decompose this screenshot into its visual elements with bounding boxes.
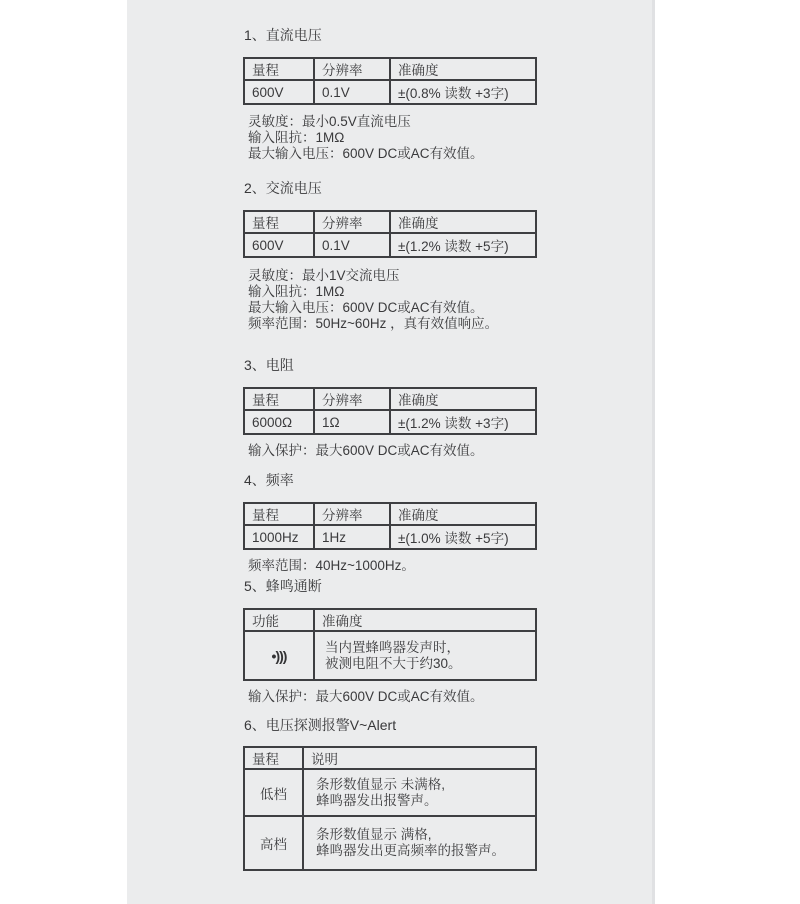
cell-line: 被测电阻不大于约30。 <box>325 656 533 672</box>
cell-line: 当内置蜂鸣器发声时， <box>325 640 533 656</box>
section-title-v-alert: 6、电压探测报警V~Alert <box>244 716 583 734</box>
cell-range: 6000Ω <box>244 410 314 434</box>
dc-voltage-table: 量程 分辨率 准确度 600V 0.1V ±(0.8% 读数 +3字) <box>243 57 537 105</box>
section-notes: 输入保护：最大600V DC或AC有效值。 <box>248 443 583 459</box>
cell-range: 600V <box>244 80 314 104</box>
col-header-resolution: 分辨率 <box>314 58 390 80</box>
cell-resolution: 1Hz <box>314 525 390 549</box>
cell-line: 条形数值显示 满格, <box>316 827 533 843</box>
cell-range: 600V <box>244 233 314 257</box>
note-line: 频率范围：40Hz~1000Hz。 <box>248 558 583 574</box>
cell-range: 1000Hz <box>244 525 314 549</box>
col-header-accuracy: 准确度 <box>390 388 536 410</box>
note-line: 输入阻抗：1MΩ <box>248 284 583 300</box>
section-dc-voltage: 1、直流电压 量程 分辨率 准确度 600V 0.1V ±(0.8% 读数 +3… <box>243 26 583 162</box>
section-notes: 灵敏度：最小0.5V直流电压 输入阻抗：1MΩ 最大输入电压：600V DC或A… <box>248 114 583 162</box>
col-header-resolution: 分辨率 <box>314 503 390 525</box>
cell-line: 蜂鸣器发出报警声。 <box>316 793 533 809</box>
section-frequency: 4、频率 量程 分辨率 准确度 1000Hz 1Hz ±(1.0% 读数 +5字… <box>243 471 583 574</box>
note-line: 灵敏度：最小0.5V直流电压 <box>248 114 583 130</box>
col-header-function: 功能 <box>244 609 314 631</box>
cell-accuracy: 当内置蜂鸣器发声时， 被测电阻不大于约30。 <box>314 631 536 680</box>
cell-resolution: 0.1V <box>314 233 390 257</box>
spec-panel: 1、直流电压 量程 分辨率 准确度 600V 0.1V ±(0.8% 读数 +3… <box>127 0 655 904</box>
cell-accuracy: ±(1.0% 读数 +5字) <box>390 525 536 549</box>
col-header-resolution: 分辨率 <box>314 211 390 233</box>
note-line: 输入阻抗：1MΩ <box>248 130 583 146</box>
section-title-continuity: 5、蜂鸣通断 <box>244 577 583 595</box>
ac-voltage-table: 量程 分辨率 准确度 600V 0.1V ±(1.2% 读数 +5字) <box>243 210 537 258</box>
col-header-accuracy: 准确度 <box>390 58 536 80</box>
col-header-accuracy: 准确度 <box>390 503 536 525</box>
section-v-alert: 6、电压探测报警V~Alert 量程 说明 低档 条形数值显示 未满格, 蜂鸣器… <box>243 716 583 871</box>
note-line: 频率范围：50Hz~60Hz ，真有效值响应。 <box>248 316 583 332</box>
continuity-buzzer-icon: •))) <box>272 648 287 664</box>
section-notes: 灵敏度：最小1V交流电压 输入阻抗：1MΩ 最大输入电压：600V DC或AC有… <box>248 268 583 332</box>
section-title-dc-voltage: 1、直流电压 <box>244 26 583 44</box>
cell-resolution: 1Ω <box>314 410 390 434</box>
col-header-accuracy: 准确度 <box>390 211 536 233</box>
continuity-table: 功能 准确度 •))) 当内置蜂鸣器发声时， 被测电阻不大于约30。 <box>243 608 537 681</box>
col-header-accuracy: 准确度 <box>314 609 536 631</box>
section-title-frequency: 4、频率 <box>244 471 583 489</box>
frequency-table: 量程 分辨率 准确度 1000Hz 1Hz ±(1.0% 读数 +5字) <box>243 502 537 550</box>
note-line: 输入保护：最大600V DC或AC有效值。 <box>248 689 583 705</box>
section-title-resistance: 3、电阻 <box>244 356 583 374</box>
cell-resolution: 0.1V <box>314 80 390 104</box>
col-header-range: 量程 <box>244 211 314 233</box>
note-line: 最大输入电压：600V DC或AC有效值。 <box>248 300 583 316</box>
col-header-range: 量程 <box>244 58 314 80</box>
note-line: 灵敏度：最小1V交流电压 <box>248 268 583 284</box>
cell-line: 蜂鸣器发出更高频率的报警声。 <box>316 843 533 859</box>
note-line: 输入保护：最大600V DC或AC有效值。 <box>248 443 583 459</box>
cell-accuracy: ±(1.2% 读数 +5字) <box>390 233 536 257</box>
col-header-resolution: 分辨率 <box>314 388 390 410</box>
col-header-range: 量程 <box>244 503 314 525</box>
resistance-table: 量程 分辨率 准确度 6000Ω 1Ω ±(1.2% 读数 +3字) <box>243 387 537 435</box>
cell-function: •))) <box>244 631 314 680</box>
col-header-range: 量程 <box>244 747 303 769</box>
cell-line: 条形数值显示 未满格, <box>316 777 533 793</box>
cell-description-low: 条形数值显示 未满格, 蜂鸣器发出报警声。 <box>303 769 536 816</box>
cell-description-high: 条形数值显示 满格, 蜂鸣器发出更高频率的报警声。 <box>303 816 536 870</box>
section-continuity: 5、蜂鸣通断 功能 准确度 •))) 当内置蜂鸣器发声时， 被测电阻不大于约30… <box>243 577 583 705</box>
cell-accuracy: ±(0.8% 读数 +3字) <box>390 80 536 104</box>
section-title-ac-voltage: 2、交流电压 <box>244 179 583 197</box>
col-header-range: 量程 <box>244 388 314 410</box>
page: { "theme": { "page_background": "#ffffff… <box>0 0 800 904</box>
v-alert-table: 量程 说明 低档 条形数值显示 未满格, 蜂鸣器发出报警声。 高档 条形数值显示… <box>243 746 537 871</box>
cell-accuracy: ±(1.2% 读数 +3字) <box>390 410 536 434</box>
note-line: 最大输入电压：600V DC或AC有效值。 <box>248 146 583 162</box>
cell-range-low: 低档 <box>244 769 303 816</box>
section-notes: 频率范围：40Hz~1000Hz。 <box>248 558 583 574</box>
section-notes: 输入保护：最大600V DC或AC有效值。 <box>248 689 583 705</box>
section-ac-voltage: 2、交流电压 量程 分辨率 准确度 600V 0.1V ±(1.2% 读数 +5… <box>243 179 583 332</box>
col-header-description: 说明 <box>303 747 536 769</box>
section-resistance: 3、电阻 量程 分辨率 准确度 6000Ω 1Ω ±(1.2% 读数 +3字) … <box>243 356 583 459</box>
cell-range-high: 高档 <box>244 816 303 870</box>
